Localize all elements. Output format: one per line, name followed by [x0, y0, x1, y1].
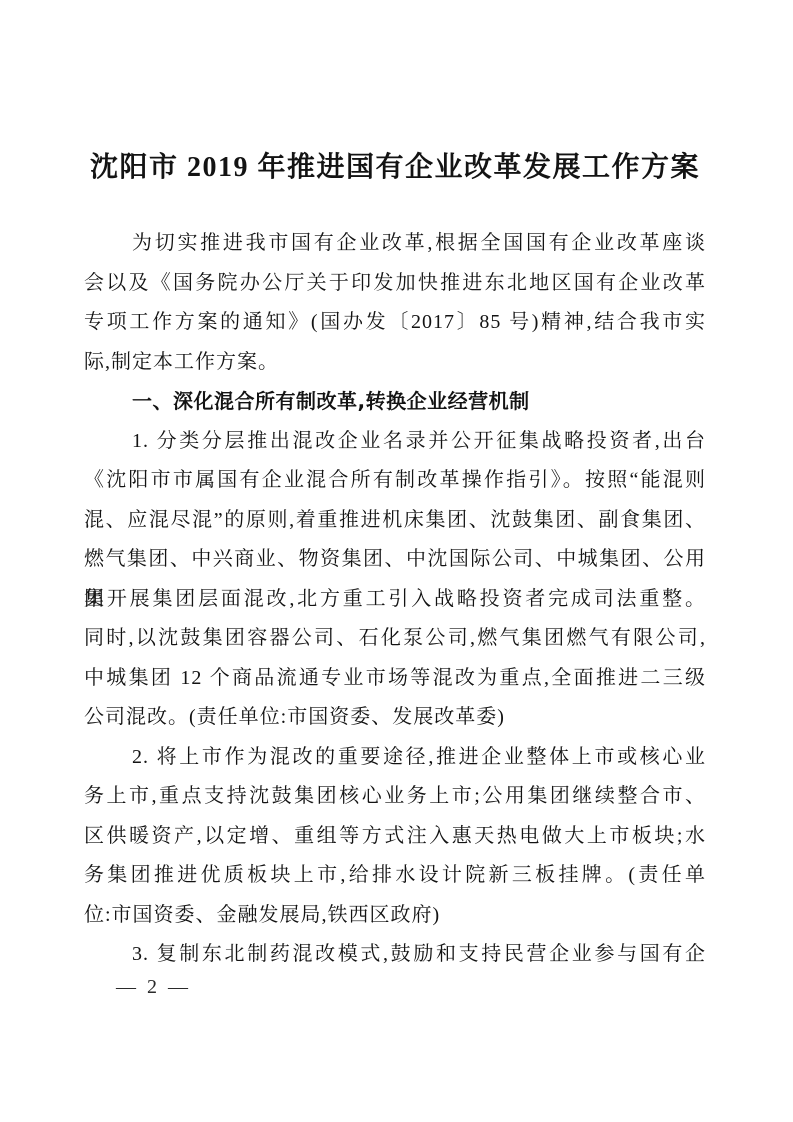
text-line: 2. 将上市作为混改的重要途径,推进企业整体上市或核心业 — [84, 738, 706, 778]
text-line: 务上市,重点支持沈鼓集团核心业务上市;公用集团继续整合市、 — [84, 777, 706, 817]
text-line: 1. 分类分层推出混改企业名录并公开征集战略投资者,出台 — [84, 422, 706, 462]
text-line: 会以及《国务院办公厅关于印发加快推进东北地区国有企业改革 — [84, 264, 706, 304]
text-line: 为切实推进我市国有企业改革,根据全国国有企业改革座谈 — [84, 224, 706, 264]
document-body: 为切实推进我市国有企业改革,根据全国国有企业改革座谈会以及《国务院办公厅关于印发… — [84, 224, 706, 975]
document-page: 沈阳市 2019 年推进国有企业改革发展工作方案 为切实推进我市国有企业改革,根… — [0, 0, 793, 1122]
paragraph: 为切实推进我市国有企业改革,根据全国国有企业改革座谈会以及《国务院办公厅关于印发… — [84, 224, 706, 382]
text-line: 3. 复制东北制药混改模式,鼓励和支持民营企业参与国有企 — [84, 935, 706, 975]
text-line: 位:市国资委、金融发展局,铁西区政府) — [84, 896, 706, 936]
text-line: 务集团推进优质板块上市,给排水设计院新三板挂牌。(责任单 — [84, 856, 706, 896]
text-line: 一、深化混合所有制改革,转换企业经营机制 — [84, 382, 706, 422]
paragraph: 2. 将上市作为混改的重要途径,推进企业整体上市或核心业务上市,重点支持沈鼓集团… — [84, 738, 706, 936]
text-line: 《沈阳市市属国有企业混合所有制改革操作指引》。按照“能混则 — [84, 461, 706, 501]
paragraph: 3. 复制东北制药混改模式,鼓励和支持民营企业参与国有企 — [84, 935, 706, 975]
text-line: 同时,以沈鼓集团容器公司、石化泵公司,燃气集团燃气有限公司, — [84, 619, 706, 659]
document-title: 沈阳市 2019 年推进国有企业改革发展工作方案 — [84, 146, 706, 190]
text-line: 燃气集团、中兴商业、物资集团、中沈国际公司、中城集团、公用集 — [84, 540, 706, 580]
text-line: 混、应混尽混”的原则,着重推进机床集团、沈鼓集团、副食集团、 — [84, 501, 706, 541]
text-line: 团开展集团层面混改,北方重工引入战略投资者完成司法重整。 — [84, 580, 706, 620]
text-line: 际,制定本工作方案。 — [84, 343, 706, 383]
text-line: 中城集团 12 个商品流通专业市场等混改为重点,全面推进二三级 — [84, 659, 706, 699]
paragraph: 1. 分类分层推出混改企业名录并公开征集战略投资者,出台《沈阳市市属国有企业混合… — [84, 422, 706, 738]
page-number: — 2 — — [116, 976, 191, 999]
section-heading: 一、深化混合所有制改革,转换企业经营机制 — [84, 382, 706, 422]
text-line: 区供暖资产,以定增、重组等方式注入惠天热电做大上市板块;水 — [84, 817, 706, 857]
text-line: 公司混改。(责任单位:市国资委、发展改革委) — [84, 698, 706, 738]
text-line: 专项工作方案的通知》(国办发〔2017〕85 号)精神,结合我市实 — [84, 303, 706, 343]
